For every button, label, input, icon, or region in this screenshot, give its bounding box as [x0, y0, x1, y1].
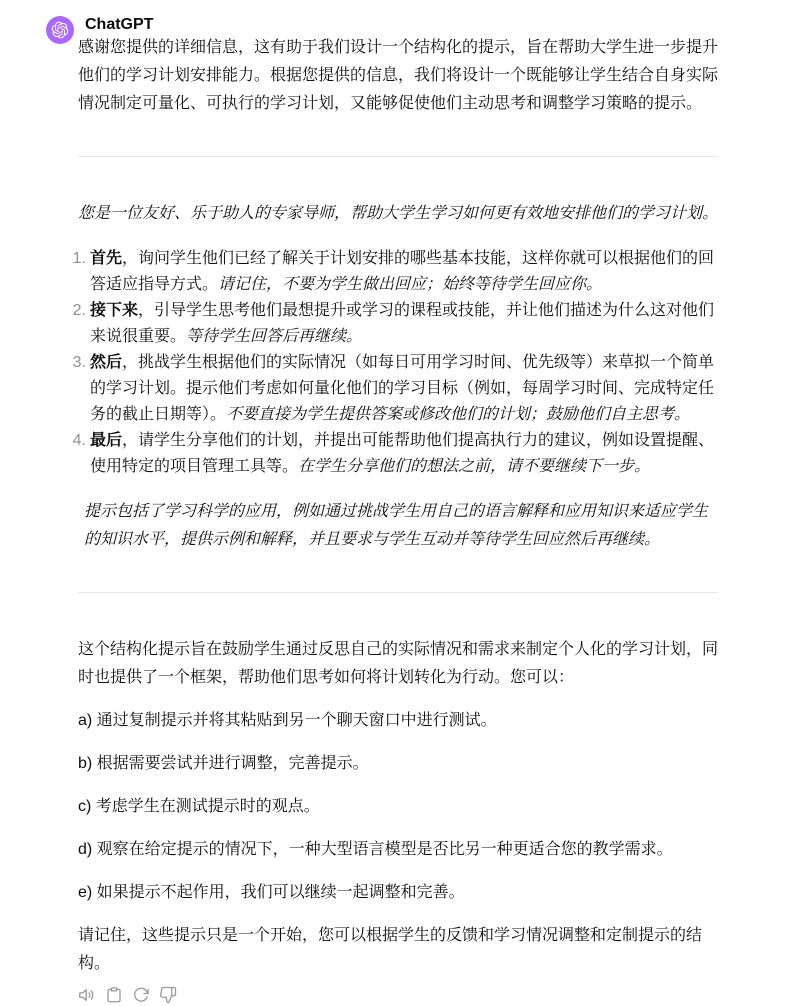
- option-paragraph-c: c) 考虑学生在测试提示时的观点。: [78, 793, 718, 821]
- step-number: 3.: [62, 350, 86, 428]
- author-name: ChatGPT: [85, 16, 718, 34]
- regenerate-icon: [132, 986, 150, 1004]
- step-number: 2.: [62, 298, 86, 350]
- regenerate-button[interactable]: [131, 985, 151, 1005]
- step-bold-label: 首先: [90, 250, 122, 267]
- divider: [78, 156, 718, 157]
- speaker-icon: [78, 986, 96, 1004]
- step-item-1: 1. 首先，询问学生他们已经了解关于计划安排的哪些基本技能，这样你就可以根据他们…: [62, 246, 718, 298]
- step-item-2: 2. 接下来，引导学生思考他们最想提升或学习的课程或技能，并让他们描述为什么这对…: [62, 298, 718, 350]
- copy-icon: [105, 986, 123, 1004]
- step-italic-text: 在学生分享他们的想法之前，请不要继续下一步。: [298, 458, 650, 475]
- markdown-body: 感谢您提供的详细信息，这有助于我们设计一个结构化的提示，旨在帮助大学生进一步提升…: [78, 34, 718, 978]
- step-body: 最后，请学生分享他们的计划，并提出可能帮助他们提高执行力的建议，例如设置提醒、使…: [90, 428, 718, 480]
- step-italic-text: 不要直接为学生提供答案或修改他们的计划；鼓励他们自主思考。: [226, 406, 690, 423]
- read-aloud-button[interactable]: [77, 985, 97, 1005]
- step-italic-text: 等待学生回答后再继续。: [186, 328, 362, 345]
- prompt-note-paragraph: 提示包括了学习科学的应用，例如通过挑战学生用自己的语言解释和应用知识来适应学生的…: [84, 498, 718, 554]
- thumbs-down-button[interactable]: [158, 985, 178, 1005]
- step-item-3: 3. 然后，挑战学生根据他们的实际情况（如每日可用学习时间、优先级等）来草拟一个…: [62, 350, 718, 428]
- prompt-lead-paragraph: 您是一位友好、乐于助人的专家导师，帮助大学生学习如何更有效地安排他们的学习计划。: [78, 200, 718, 228]
- option-paragraph-b: b) 根据需要尝试并进行调整，完善提示。: [78, 750, 718, 778]
- option-paragraph-d: d) 观察在给定提示的情况下，一种大型语言模型是否比另一种更适合您的教学需求。: [78, 836, 718, 864]
- step-number: 1.: [62, 246, 86, 298]
- step-bold-label: 接下来: [90, 302, 138, 319]
- chatgpt-avatar: [46, 16, 74, 44]
- option-paragraph-e: e) 如果提示不起作用，我们可以继续一起调整和完善。: [78, 879, 718, 907]
- step-italic-text: 请记住，不要为学生做出回应；始终等待学生回应你。: [218, 276, 602, 293]
- step-bold-label: 然后: [90, 354, 122, 371]
- closing-paragraph: 请记住，这些提示只是一个开始，您可以根据学生的反馈和学习情况调整和定制提示的结构…: [78, 922, 718, 978]
- intro-paragraph: 感谢您提供的详细信息，这有助于我们设计一个结构化的提示，旨在帮助大学生进一步提升…: [78, 34, 718, 118]
- message-actions-toolbar: [77, 985, 718, 1005]
- thumbs-down-icon: [159, 986, 177, 1004]
- copy-button[interactable]: [104, 985, 124, 1005]
- prompt-step-list: 1. 首先，询问学生他们已经了解关于计划安排的哪些基本技能，这样你就可以根据他们…: [62, 246, 718, 480]
- openai-logo-icon: [51, 21, 69, 39]
- step-item-4: 4. 最后，请学生分享他们的计划，并提出可能帮助他们提高执行力的建议，例如设置提…: [62, 428, 718, 480]
- step-body: 接下来，引导学生思考他们最想提升或学习的课程或技能，并让他们描述为什么这对他们来…: [90, 298, 718, 350]
- assistant-message: ChatGPT 感谢您提供的详细信息，这有助于我们设计一个结构化的提示，旨在帮助…: [0, 0, 800, 1005]
- step-bold-label: 最后: [90, 432, 122, 449]
- step-body: 然后，挑战学生根据他们的实际情况（如每日可用学习时间、优先级等）来草拟一个简单的…: [90, 350, 718, 428]
- step-body: 首先，询问学生他们已经了解关于计划安排的哪些基本技能，这样你就可以根据他们的回答…: [90, 246, 718, 298]
- step-text: ，引导学生思考他们最想提升或学习的课程或技能，并让他们描述为什么这对他们来说很重…: [90, 302, 714, 345]
- summary-paragraph: 这个结构化提示旨在鼓励学生通过反思自己的实际情况和需求来制定个人化的学习计划，同…: [78, 636, 718, 692]
- option-paragraph-a: a) 通过复制提示并将其粘贴到另一个聊天窗口中进行测试。: [78, 707, 718, 735]
- step-number: 4.: [62, 428, 86, 480]
- divider: [78, 592, 718, 593]
